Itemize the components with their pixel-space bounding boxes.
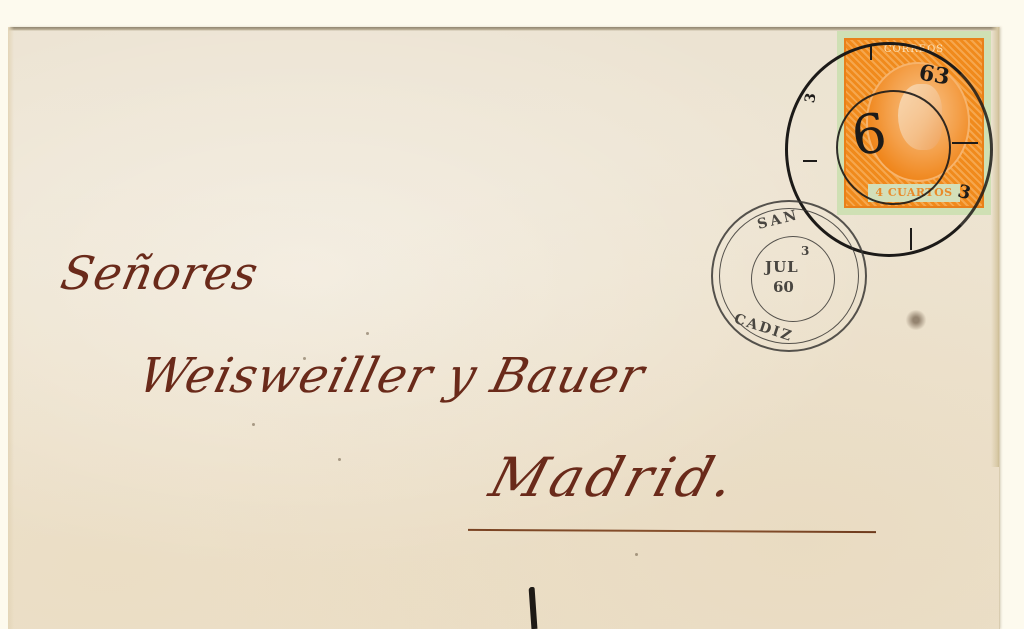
address-city: Madrid.: [483, 446, 746, 509]
paper-speck: [338, 458, 341, 461]
address-addressee: Weisweiller y Bauer: [133, 348, 650, 404]
paper-speck: [366, 332, 369, 335]
datestamp-year: 60: [773, 278, 794, 296]
address-salutation: Señores: [56, 246, 263, 300]
paper-speck: [635, 553, 638, 556]
cancellation-tick: [803, 160, 817, 162]
cancellation-tick: [870, 44, 872, 60]
paper-left-edge: [8, 27, 14, 629]
cancellation-tick: [952, 142, 978, 144]
document-viewer: CORREOS 4 CUARTOS 6 63 3 3 SAN 3 JUL 60 …: [0, 0, 1024, 629]
cancellation-number: 6: [848, 106, 890, 164]
datestamp-day: 3: [801, 244, 809, 258]
cancellation-tick: [910, 228, 912, 250]
datestamp-month: JUL: [765, 258, 799, 276]
paper-speck: [252, 423, 255, 426]
town-datestamp: SAN 3 JUL 60 CADIZ: [711, 200, 867, 352]
paper-fold-shadow: [991, 27, 999, 467]
cancellation-top-digits: 63: [917, 60, 952, 91]
ink-stain: [905, 310, 927, 330]
